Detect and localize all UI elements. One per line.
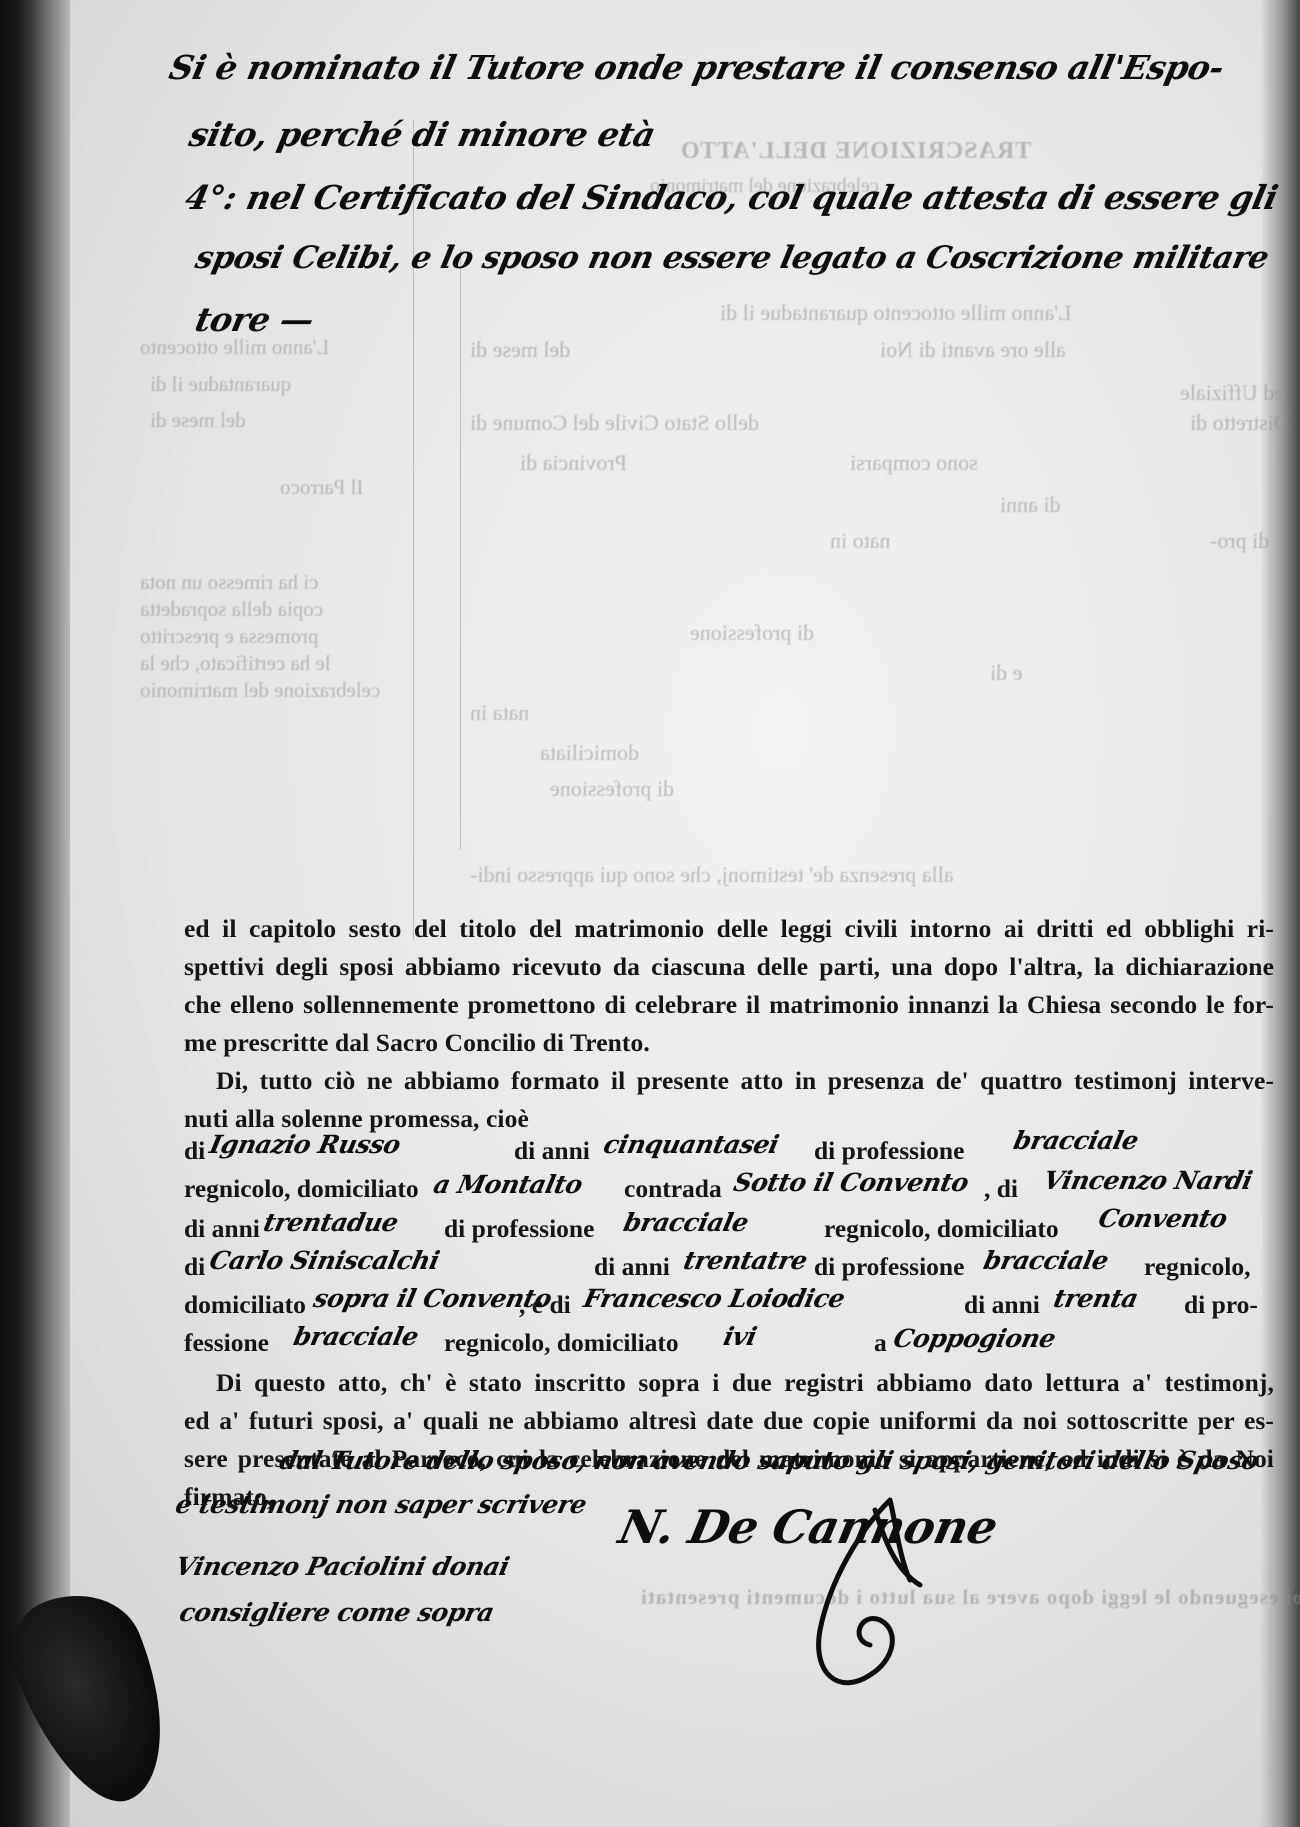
bleed-line: Noi eseguendo le leggi dopo avere al sua…	[640, 1585, 1300, 1610]
bleed-line: copia della sopradetta	[140, 597, 323, 622]
label-di: , di	[984, 1174, 1018, 1204]
bleed-line: alla presenza de' testimonj, che sono qu…	[470, 862, 954, 888]
bleed-line: sono comparsi	[850, 450, 978, 476]
label-di-professione: di professione	[814, 1252, 964, 1282]
witness-2-domicile: Convento	[1096, 1204, 1230, 1233]
printed-line: ed il capitolo sesto del titolo del matr…	[184, 910, 1274, 948]
witness-4-age: trenta	[1051, 1284, 1141, 1313]
bleed-line: alle ore avanti di Noi	[880, 337, 1066, 363]
label-di-anni: di anni	[184, 1214, 260, 1244]
label-di-pro: di pro-	[1184, 1290, 1258, 1320]
bleed-line: di anni	[1000, 492, 1061, 518]
bleed-line: celebrazione del matrimonio	[140, 678, 380, 703]
witness-1-street: Sotto il Convento	[731, 1168, 971, 1197]
printed-line: Di questo atto, ch' è stato inscritto so…	[184, 1364, 1274, 1402]
label-fessione: fessione	[184, 1328, 269, 1358]
witness-3-domicile: sopra il Convento	[311, 1284, 554, 1313]
bleed-line: di pro-	[1210, 528, 1269, 554]
label-domiciliato: domiciliato	[184, 1290, 306, 1320]
bleed-line: di professione	[690, 620, 814, 646]
label-di-anni: di anni	[964, 1290, 1040, 1320]
bleed-line: Il Parroco	[280, 475, 363, 500]
witness-row: fessione bracciale regnicolo, domiciliat…	[184, 1328, 1274, 1366]
printed-line: me prescritte dal Sacro Concilio di Tren…	[184, 1024, 1274, 1062]
bleed-line: promessa e prescritto	[140, 624, 318, 649]
printed-line: ed a' futuri sposi, a' quali ne abbiamo …	[184, 1402, 1274, 1440]
handwritten-closing-line-1: dal Tutore dello sposo, non avendo saput…	[277, 1446, 1261, 1475]
bleed-line: e di	[990, 660, 1022, 686]
bleed-line: di professione	[550, 776, 674, 802]
witness-2-name: Vincenzo Nardi	[1041, 1166, 1255, 1195]
bleed-line: Distretto di	[1190, 410, 1290, 436]
bleed-line: dello Stato Civile del Comune di	[470, 410, 759, 436]
printed-line: Di, tutto ciò ne abbiamo formato il pres…	[184, 1062, 1274, 1100]
label-regnicolo-domiciliato: regnicolo, domiciliato	[184, 1174, 419, 1204]
bleed-line: Provincia di	[520, 450, 627, 476]
label-di: di	[184, 1252, 205, 1282]
bleed-line: nata in	[470, 700, 529, 726]
witness-1-profession: bracciale	[1011, 1126, 1141, 1155]
bleed-line: del mese di	[150, 408, 246, 433]
bleed-header: TRASCRIZIONE DELL'ATTO	[680, 138, 1031, 165]
bleed-line: del mese di	[470, 337, 570, 363]
label-di-anni: di anni	[514, 1136, 590, 1166]
handwritten-line: sposi Celibi, e lo sposo non essere lega…	[192, 240, 1272, 276]
handwritten-line: 4°: nel Certificato del Sindaco, col qua…	[182, 178, 1281, 217]
witness-1-age: cinquantasei	[601, 1130, 781, 1159]
handwritten-closing-line-2: e testimonj non saper scrivere	[173, 1490, 589, 1519]
printed-line: che elleno sollennemente promettono di c…	[184, 986, 1274, 1024]
witness-note-line-1: Vincenzo Paciolini donai	[173, 1552, 512, 1581]
label-di-professione: di professione	[814, 1136, 964, 1166]
witness-4-name: Francesco Loiodice	[581, 1284, 847, 1313]
label-regnicolo: regnicolo,	[1144, 1252, 1250, 1282]
witness-3-age: trentatre	[681, 1246, 810, 1275]
bleed-line: ci ha rimesso un nota	[140, 570, 318, 595]
bleed-line: quarantadue il di	[150, 372, 291, 397]
label-contrada: contrada	[624, 1174, 722, 1204]
label-regnicolo-domiciliato: regnicolo, domiciliato	[444, 1328, 679, 1358]
label-regnicolo-domiciliato: regnicolo, domiciliato	[824, 1214, 1059, 1244]
printed-line: spettivi degli sposi abbiamo ricevuto da…	[184, 948, 1274, 986]
witness-1-domicile: a Montaltо	[431, 1170, 585, 1199]
witness-4-profession: bracciale	[291, 1322, 421, 1351]
label-di-anni: di anni	[594, 1252, 670, 1282]
handwritten-line: tore —	[192, 300, 317, 339]
witness-4-place: Coppogione	[891, 1324, 1058, 1353]
witness-2-age: trentadue	[261, 1208, 401, 1237]
column-rule-inner	[460, 250, 461, 850]
label-di-professione: di professione	[444, 1214, 594, 1244]
label-e-di: , e di	[519, 1290, 571, 1320]
bleed-line: domiciliata	[540, 740, 639, 766]
witness-4-domicile: ivi	[721, 1322, 759, 1351]
witness-note-line-2: consigliere come sopra	[177, 1598, 497, 1627]
document-page: TRASCRIZIONE DELL'ATTO celebrazione del …	[0, 0, 1300, 1827]
handwritten-line: sito, perché di minore età	[186, 115, 659, 154]
bleed-line: L'anno mille ottocento quarantadue il di	[720, 300, 1072, 326]
printed-body-section-1: ed il capitolo sesto del titolo del matr…	[184, 910, 1274, 1138]
label-di: di	[184, 1136, 205, 1166]
witness-1-name: Ignazio Russo	[207, 1130, 403, 1159]
handwritten-line: Si è nominato il Tutore onde prestare il…	[166, 48, 1227, 87]
paraph-flourish-icon	[800, 1490, 940, 1700]
witness-2-profession: bracciale	[621, 1208, 751, 1237]
label-a: a	[874, 1328, 887, 1358]
bleed-line: nato in	[830, 528, 891, 554]
bleed-line: ed Uffiziale	[1180, 380, 1284, 406]
witness-3-profession: bracciale	[981, 1246, 1111, 1275]
bleed-line: le ha certificato, che la	[140, 651, 331, 676]
witness-3-name: Carlo Siniscalchi	[207, 1246, 442, 1275]
book-binding-edge	[0, 0, 70, 1827]
